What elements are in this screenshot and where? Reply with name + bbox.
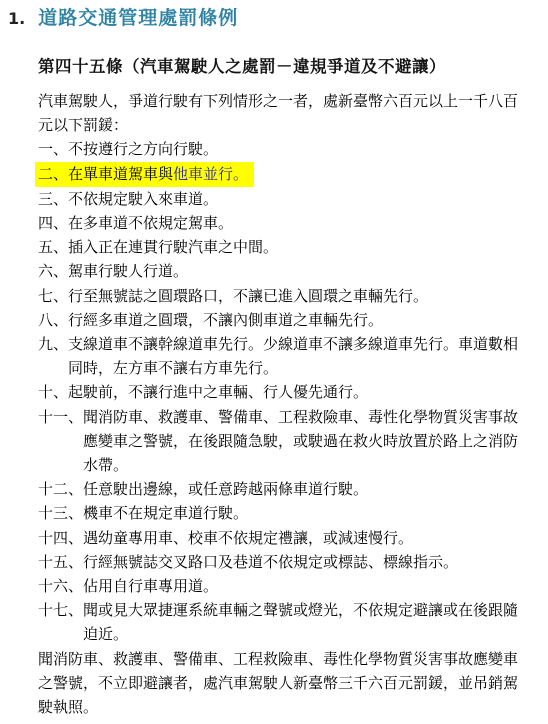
intro-line: 元以下罰鍰：	[38, 113, 530, 137]
item-number: 四、	[38, 211, 68, 235]
intro-paragraph: 汽車駕駛人，爭道行駛有下列情形之一者，處新臺幣六百元以上一千八百 元以下罰鍰：	[38, 89, 530, 137]
item-text-line: 迫近。	[83, 622, 518, 646]
item-number: 十五、	[38, 550, 83, 574]
item-text-line: 任意駛出邊線，或任意跨越兩條車道行駛。	[83, 477, 368, 501]
item-number: 一、	[38, 137, 68, 161]
item-text-line: 插入正在連貫行駛汽車之中間。	[68, 235, 278, 259]
list-item: 七、 行至無號誌之圓環路口，不讓已進入圓環之車輛先行。	[38, 284, 530, 308]
law-title-link[interactable]: 道路交通管理處罰條例	[38, 5, 238, 31]
list-item: 八、 行經多車道之圓環，不讓內側車道之車輛先行。	[38, 308, 530, 332]
list-item: 十二、 任意駛出邊線，或任意跨越兩條車道行駛。	[38, 477, 530, 501]
item-text-line: 機車不在規定車道行駛。	[83, 501, 248, 525]
list-item: 十、 起駛前，不讓行進中之車輛、行人優先通行。	[38, 380, 530, 404]
item-number: 八、	[38, 308, 68, 332]
list-item: 十七、 聞或見大眾捷運系統車輛之聲號或燈光，不依規定避讓或在後跟隨 迫近。	[38, 598, 530, 646]
item-text-line: 行經多車道之圓環，不讓內側車道之車輛先行。	[68, 308, 383, 332]
list-item: 四、 在多車道不依規定駕車。	[38, 211, 530, 235]
item-number: 十二、	[38, 477, 83, 501]
list-item: 九、 支線道車不讓幹線道車先行。少線道車不讓多線道車先行。車道數相 同時，左方車…	[38, 332, 530, 380]
item-text-line: 行經無號誌交叉路口及巷道不依規定或標誌、標線指示。	[83, 550, 458, 574]
item-number: 七、	[38, 284, 68, 308]
item-text-line: 水帶。	[83, 453, 518, 477]
item-text-line: 在單車道駕車與	[68, 165, 173, 183]
intro-line: 汽車駕駛人，爭道行駛有下列情形之一者，處新臺幣六百元以上一千八百	[38, 89, 530, 113]
item-number: 三、	[38, 187, 68, 211]
item-text-line: 佔用自行車專用道。	[83, 574, 218, 598]
list-item: 十五、 行經無號誌交叉路口及巷道不依規定或標誌、標線指示。	[38, 550, 530, 574]
item-text-line: 駕車行駛人行道。	[68, 259, 188, 283]
closing-line: 之警號，不立即避讓者，處汽車駕駛人新臺幣三千六百元罰鍰，並吊銷駕	[38, 671, 530, 695]
result-index: 1.	[8, 6, 25, 32]
list-item: 六、 駕車行駛人行道。	[38, 259, 530, 283]
item-text-line: 聞或見大眾捷運系統車輛之聲號或燈光，不依規定避讓或在後跟隨	[83, 598, 518, 622]
item-number: 六、	[38, 259, 68, 283]
item-text-line: 不按遵行之方向行駛。	[68, 137, 218, 161]
search-highlight: 二、在單車道駕車與他車並行。	[35, 162, 254, 187]
item-number: 九、	[38, 332, 68, 380]
list-item: 一、 不按遵行之方向行駛。	[38, 137, 530, 161]
closing-line: 駛執照。	[38, 695, 530, 719]
item-text-line: 在多車道不依規定駕車。	[68, 211, 233, 235]
item-number: 十一、	[38, 405, 83, 478]
article-heading: 第四十五條（汽車駕駛人之處罰－違規爭道及不避讓）	[38, 57, 530, 77]
list-item: 十一、 聞消防車、救護車、警備車、工程救險車、毒性化學物質災害事故 應變車之警號…	[38, 405, 530, 478]
item-number: 二、	[38, 165, 68, 183]
item-text-line: 起駛前，不讓行進中之車輛、行人優先通行。	[68, 380, 368, 404]
item-number: 十六、	[38, 574, 83, 598]
closing-paragraph: 聞消防車、救護車、警備車、工程救險車、毒性化學物質災害事故應變車 之警號，不立即…	[38, 647, 530, 720]
item-number: 十三、	[38, 501, 83, 525]
item-text-line: 不依規定駛入來車道。	[68, 187, 218, 211]
item-text-line: 支線道車不讓幹線道車先行。少線道車不讓多線道車先行。車道數相	[68, 332, 518, 356]
item-text-line: 應變車之警號，在後跟隨急駛，或駛過在救火時放置於路上之消防	[83, 429, 518, 453]
article-content: 第四十五條（汽車駕駛人之處罰－違規爭道及不避讓） 汽車駕駛人，爭道行駛有下列情形…	[38, 57, 530, 719]
item-text-line: 聞消防車、救護車、警備車、工程救險車、毒性化學物質災害事故	[83, 405, 518, 429]
item-text-line: 同時，左方車不讓右方車先行。	[68, 356, 518, 380]
item-number: 五、	[38, 235, 68, 259]
matched-term-text: 他車並行。	[173, 165, 248, 183]
closing-line: 聞消防車、救護車、警備車、工程救險車、毒性化學物質災害事故應變車	[38, 647, 530, 671]
list-item-highlighted: 二、在單車道駕車與他車並行。	[38, 162, 530, 187]
item-number: 十、	[38, 380, 68, 404]
list-item: 十六、 佔用自行車專用道。	[38, 574, 530, 598]
item-text-line: 行至無號誌之圓環路口，不讓已進入圓環之車輛先行。	[68, 284, 428, 308]
item-number: 十七、	[38, 598, 83, 646]
item-text-line: 遇幼童專用車、校車不依規定禮讓，或減速慢行。	[83, 526, 413, 550]
item-number: 十四、	[38, 526, 83, 550]
list-item: 十四、 遇幼童專用車、校車不依規定禮讓，或減速慢行。	[38, 526, 530, 550]
list-item: 十三、 機車不在規定車道行駛。	[38, 501, 530, 525]
list-item: 三、 不依規定駛入來車道。	[38, 187, 530, 211]
result-title-row: 1. 道路交通管理處罰條例	[8, 5, 530, 32]
list-item: 五、 插入正在連貫行駛汽車之中間。	[38, 235, 530, 259]
document-page: 1. 道路交通管理處罰條例 第四十五條（汽車駕駛人之處罰－違規爭道及不避讓） 汽…	[0, 0, 548, 719]
